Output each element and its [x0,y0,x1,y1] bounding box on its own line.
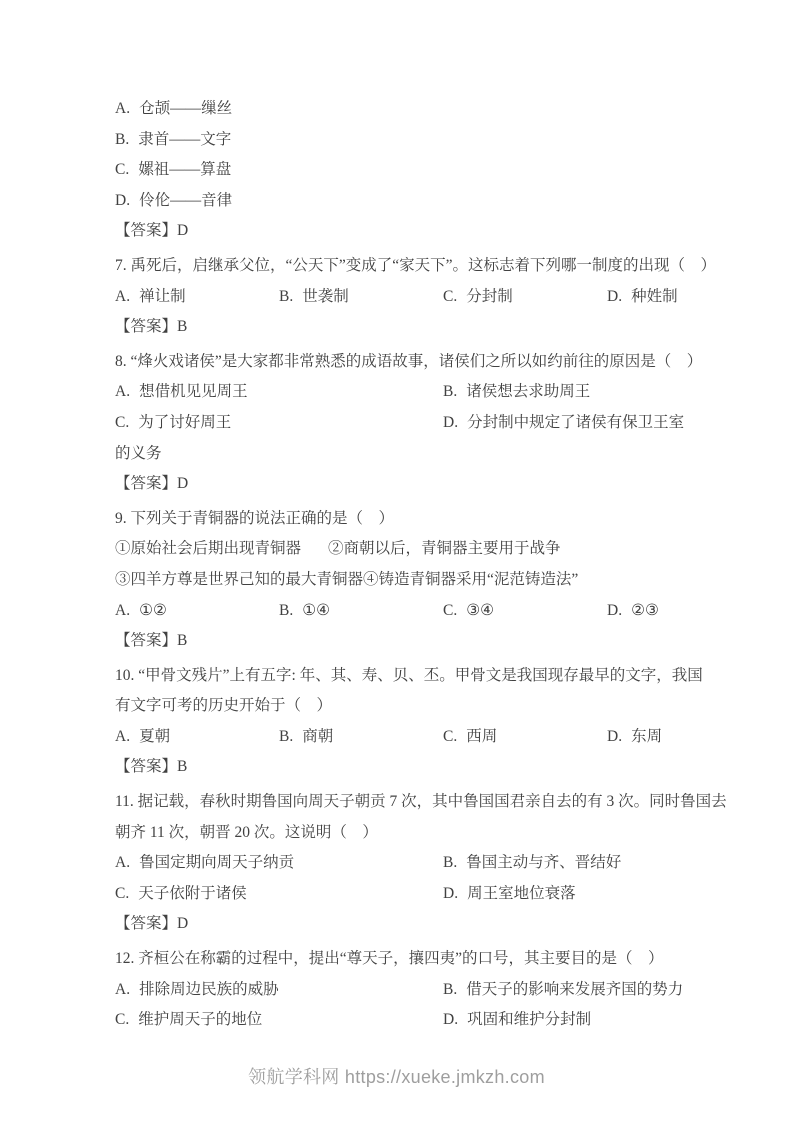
option-text: 隶首——文字 [138,131,231,148]
option-label: A. [115,100,139,117]
option-text: 夏朝 [139,728,170,745]
q12-option-d: D.巩固和维护分封制 [443,1005,591,1036]
option-text: 排除周边民族的威胁 [139,981,279,998]
q7-options: A.禅让制 B.世袭制 C.分封制 D.种姓制 [115,282,695,313]
exam-document-page: { "page": { "background": "#ffffff", "te… [0,0,793,1122]
option-text: 鲁国主动与齐、晋结好 [466,854,621,871]
option-label: A. [115,602,139,619]
q9-statements-row2: ③四羊方尊是世界己知的最大青铜器④铸造青铜器采用“泥范铸造法” [115,565,695,596]
q8-option-d-continuation: 的义务 [115,439,695,470]
q6-option-a: A.仓颉——缫丝 [115,94,695,125]
option-label: B. [115,131,138,148]
answer-label: 【答案】 [115,318,177,335]
option-label: A. [115,728,139,745]
option-text: 诸侯想去求助周王 [466,383,590,400]
option-text: ①② [139,602,167,619]
q7-option-a: A.禅让制 [115,282,186,313]
q9-statement-1: ①原始社会后期出现青铜器 [115,534,301,565]
q9-statements-row1: ①原始社会后期出现青铜器 ②商朝以后，青铜器主要用于战争 [115,534,695,565]
answer-value: B [177,632,187,649]
q6-option-d: D.伶伦——音律 [115,186,695,217]
option-label: A. [115,981,139,998]
option-text: 天子依附于诸侯 [138,885,247,902]
option-text: 借天子的影响来发展齐国的势力 [466,981,683,998]
q11-options-row1: A.鲁国定期向周天子纳贡 B.鲁国主动与齐、晋结好 [115,848,695,879]
option-text: ③④ [466,602,494,619]
q11-options-row2: C.天子依附于诸侯 D.周王室地位衰落 [115,879,695,910]
option-text: 禅让制 [139,288,186,305]
q11-option-d: D.周王室地位衰落 [443,879,576,910]
option-label: B. [279,288,302,305]
option-text: 西周 [466,728,497,745]
q8-answer: 【答案】D [115,469,695,500]
q12-option-b: B.借天子的影响来发展齐国的势力 [443,975,683,1006]
q6-option-b: B.隶首——文字 [115,125,695,156]
option-text: 种姓制 [631,288,678,305]
q11-stem-line1: 11. 据记载，春秋时期鲁国向周天子朝贡 7 次，其中鲁国国君亲自去的有 3 次… [115,787,695,818]
q6-option-c: C.嫘祖——算盘 [115,155,695,186]
option-label: C. [443,728,466,745]
option-label: B. [443,383,466,400]
q10-option-b: B.商朝 [279,722,333,753]
q9-option-c: C.③④ [443,596,494,627]
q7-option-d: D.种姓制 [607,282,678,313]
option-label: C. [115,885,138,902]
q6-answer: 【答案】D [115,216,695,247]
q12-options-row2: C.维护周天子的地位 D.巩固和维护分封制 [115,1005,695,1036]
option-text: 东周 [631,728,662,745]
q12-option-c: C.维护周天子的地位 [115,1005,262,1036]
answer-label: 【答案】 [115,758,177,775]
option-label: D. [443,414,467,431]
option-text: 世袭制 [302,288,349,305]
q10-stem-line1: 10. “甲骨文残片”上有五字: 年、其、寿、贝、丕。甲骨文是我国现存最早的文字… [115,661,695,692]
option-label: D. [607,728,631,745]
q11-option-c: C.天子依附于诸侯 [115,879,247,910]
option-label: A. [115,854,139,871]
option-label: B. [279,728,302,745]
option-label: D. [443,885,467,902]
answer-value: D [177,475,188,492]
exam-content: A.仓颉——缫丝 B.隶首——文字 C.嫘祖——算盘 D.伶伦——音律 【答案】… [115,94,695,1036]
answer-value: D [177,222,188,239]
option-text: 鲁国定期向周天子纳贡 [139,854,294,871]
q12-options-row1: A.排除周边民族的威胁 B.借天子的影响来发展齐国的势力 [115,975,695,1006]
q11-option-b: B.鲁国主动与齐、晋结好 [443,848,621,879]
option-text: 仓颉——缫丝 [139,100,232,117]
q10-options: A.夏朝 B.商朝 C.西周 D.东周 [115,722,695,753]
option-label: C. [115,1011,138,1028]
q11-option-a: A.鲁国定期向周天子纳贡 [115,848,294,879]
q9-stem: 9. 下列关于青铜器的说法正确的是（ ） [115,504,695,535]
option-text: 为了讨好周王 [138,414,231,431]
q8-option-d: D.分封制中规定了诸侯有保卫王室 [443,408,684,439]
option-text: 周王室地位衰落 [467,885,576,902]
option-label: C. [115,161,138,178]
option-label: D. [607,288,631,305]
answer-label: 【答案】 [115,632,177,649]
q8-stem: 8. “烽火戏诸侯”是大家都非常熟悉的成语故事，诸侯们之所以如约前往的原因是（ … [115,347,695,378]
option-text: ②③ [631,602,659,619]
q7-option-c: C.分封制 [443,282,513,313]
answer-value: D [177,915,188,932]
option-text: 伶伦——音律 [139,192,232,209]
option-label: D. [607,602,631,619]
option-label: C. [443,288,466,305]
option-label: D. [115,192,139,209]
option-text: 分封制中规定了诸侯有保卫王室 [467,414,684,431]
q11-stem-line2: 朝齐 11 次，朝晋 20 次。这说明（ ） [115,818,695,849]
answer-value: B [177,758,187,775]
q9-option-d: D.②③ [607,596,659,627]
watermark-footer: 领航学科网 https://xueke.jmkzh.com [0,1063,793,1089]
q8-option-a: A.想借机见见周王 [115,377,248,408]
option-text: ①④ [302,602,330,619]
q8-option-c: C.为了讨好周王 [115,408,231,439]
q8-options-row1: A.想借机见见周王 B.诸侯想去求助周王 [115,377,695,408]
q12-option-a: A.排除周边民族的威胁 [115,975,279,1006]
q9-option-b: B.①④ [279,596,330,627]
option-label: C. [443,602,466,619]
q7-answer: 【答案】B [115,312,695,343]
q10-option-a: A.夏朝 [115,722,170,753]
q8-option-b: B.诸侯想去求助周王 [443,377,590,408]
option-label: B. [443,981,466,998]
q10-option-c: C.西周 [443,722,497,753]
option-label: A. [115,383,139,400]
answer-value: B [177,318,187,335]
q10-option-d: D.东周 [607,722,662,753]
q9-option-a: A.①② [115,596,167,627]
option-text: 嫘祖——算盘 [138,161,231,178]
q12-stem: 12. 齐桓公在称霸的过程中，提出“尊天子，攘四夷”的口号，其主要目的是（ ） [115,944,695,975]
q8-options-row2: C.为了讨好周王 D.分封制中规定了诸侯有保卫王室 [115,408,695,439]
q9-answer: 【答案】B [115,626,695,657]
q10-answer: 【答案】B [115,752,695,783]
option-label: A. [115,288,139,305]
answer-label: 【答案】 [115,915,177,932]
option-text: 分封制 [466,288,513,305]
option-text: 维护周天子的地位 [138,1011,262,1028]
q9-statement-2: ②商朝以后，青铜器主要用于战争 [328,534,561,565]
option-label: C. [115,414,138,431]
option-label: B. [279,602,302,619]
option-text: 商朝 [302,728,333,745]
option-text: 巩固和维护分封制 [467,1011,591,1028]
option-text: 想借机见见周王 [139,383,248,400]
q7-stem: 7. 禹死后，启继承父位，“公天下”变成了“家天下”。这标志着下列哪一制度的出现… [115,251,695,282]
q10-stem-line2: 有文字可考的历史开始于（ ） [115,691,695,722]
q11-answer: 【答案】D [115,909,695,940]
q9-options: A.①② B.①④ C.③④ D.②③ [115,596,695,627]
option-label: B. [443,854,466,871]
q7-option-b: B.世袭制 [279,282,349,313]
answer-label: 【答案】 [115,222,177,239]
answer-label: 【答案】 [115,475,177,492]
option-label: D. [443,1011,467,1028]
